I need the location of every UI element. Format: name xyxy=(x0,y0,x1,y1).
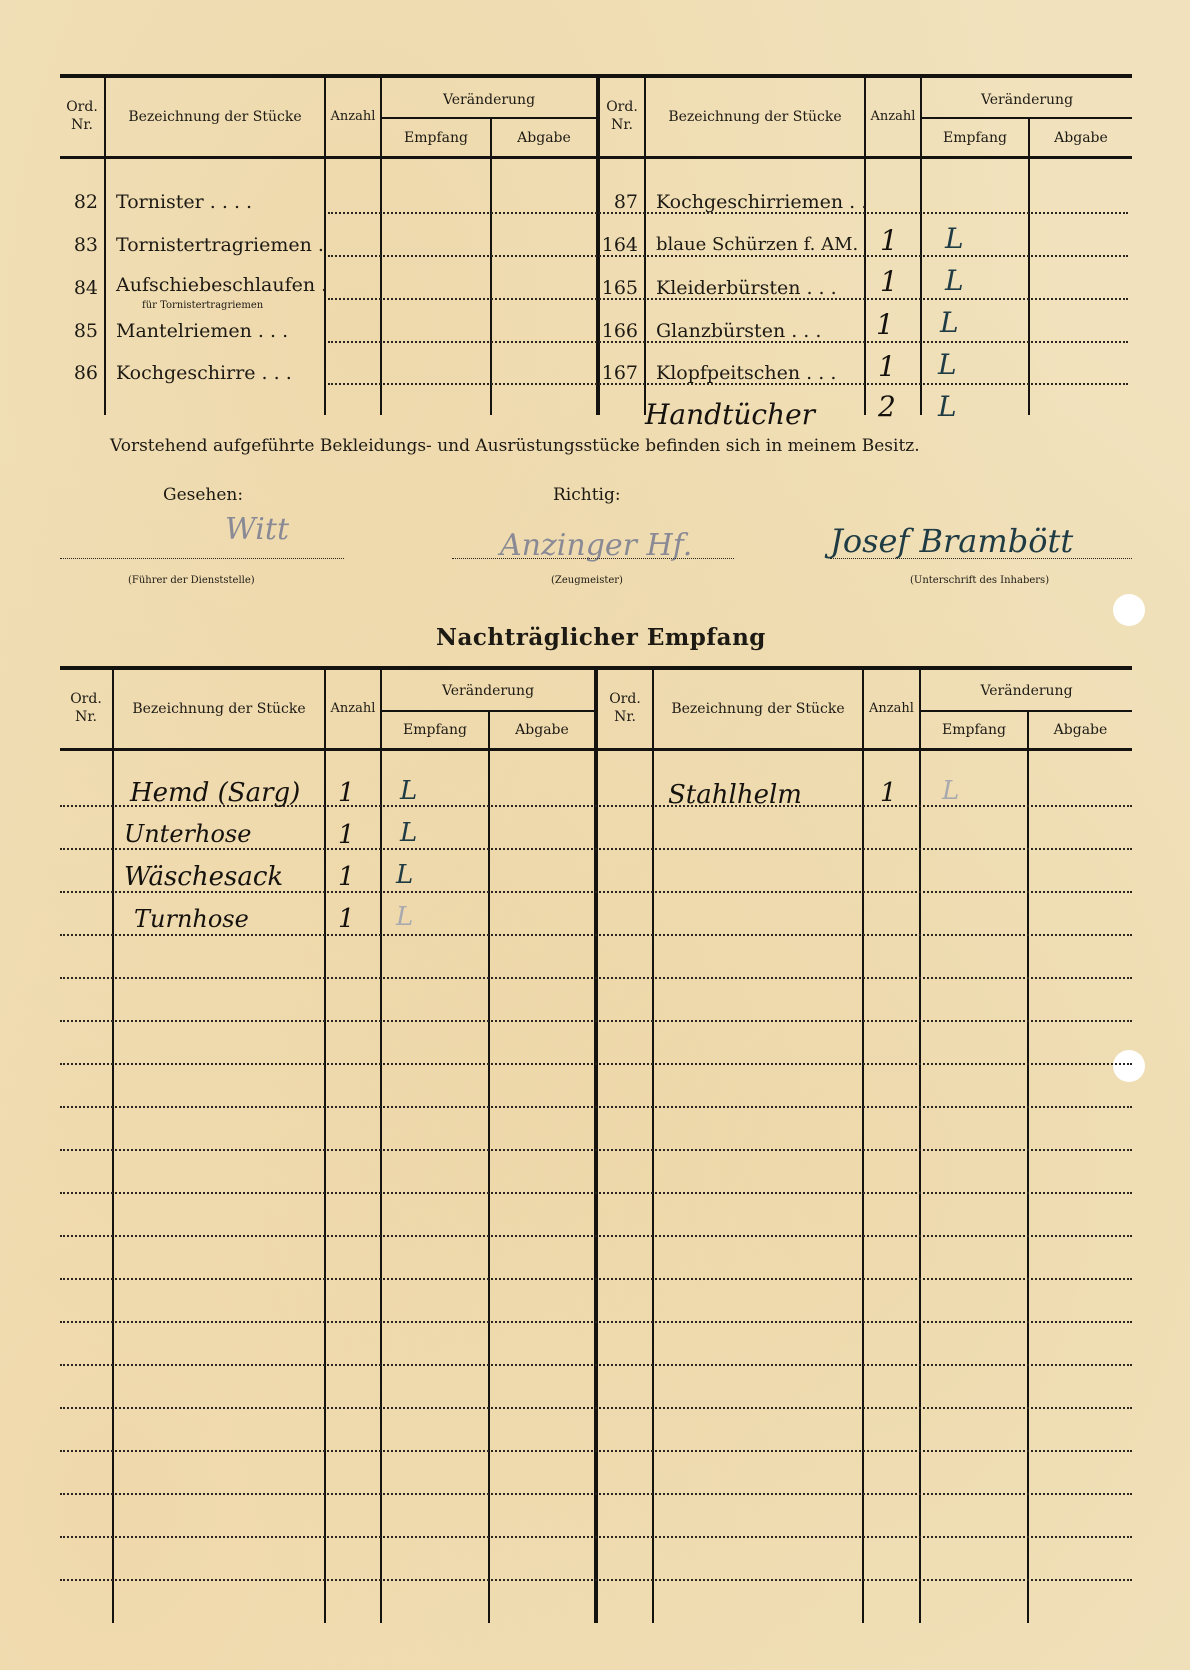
col-divider xyxy=(380,670,382,1623)
row-rule xyxy=(60,1278,1132,1280)
row-rule xyxy=(60,1235,1132,1237)
header-empfang: Empfang xyxy=(382,721,488,739)
anzahl-value: 1 xyxy=(338,862,355,892)
header-bezeichnung: Bezeichnung der Stücke xyxy=(108,108,322,126)
punch-hole xyxy=(1113,594,1145,626)
gesehen-label: Gesehen: xyxy=(163,485,243,505)
empfang-mark: L xyxy=(938,348,957,381)
item-name-handwritten: Wäschesack xyxy=(124,862,283,892)
fuehrer-signature-line xyxy=(60,558,344,559)
row-rule xyxy=(60,1536,1132,1538)
row-rule xyxy=(60,1450,1132,1452)
ord-nr: 165 xyxy=(598,277,638,299)
item-name: Tornistertragriemen . xyxy=(116,234,324,256)
ord-nr: 83 xyxy=(58,234,98,256)
anzahl-value: 1 xyxy=(876,308,894,341)
empfang-mark: L xyxy=(942,776,959,806)
row-rule xyxy=(60,934,1132,936)
col-divider xyxy=(324,78,326,415)
header-ord-nr: Ord. Nr. xyxy=(62,98,102,134)
anzahl-value: 1 xyxy=(880,778,897,808)
item-name-handwritten: Turnhose xyxy=(134,905,249,933)
ord-nr: 82 xyxy=(58,191,98,213)
header-empfang: Empfang xyxy=(922,129,1028,147)
col-divider xyxy=(324,670,326,1623)
ord-nr: 84 xyxy=(58,277,98,299)
row-rule xyxy=(60,1192,1132,1194)
row-rule xyxy=(60,1149,1132,1151)
header-anzahl: Anzahl xyxy=(866,108,920,126)
item-name: Tornister . . . . xyxy=(116,191,252,213)
header-veraenderung: Veränderung xyxy=(922,91,1132,109)
punch-hole xyxy=(1113,1050,1145,1082)
col-divider xyxy=(864,78,866,415)
item-name-handwritten: Handtücher xyxy=(645,398,815,431)
inhaber-signature-line xyxy=(830,558,1132,559)
inhaber-caption: (Unterschrift des Inhabers) xyxy=(910,575,1049,586)
row-rule xyxy=(60,1321,1132,1323)
header-anzahl: Anzahl xyxy=(864,700,919,718)
empfang-mark: L xyxy=(940,306,959,339)
header-bezeichnung: Bezeichnung der Stücke xyxy=(654,700,862,718)
header-bezeichnung: Bezeichnung der Stücke xyxy=(114,700,324,718)
anzahl-value: 1 xyxy=(338,820,355,850)
empfang-mark: L xyxy=(938,390,957,423)
empfang-mark: L xyxy=(945,222,964,255)
fuehrer-signature: Witt xyxy=(225,512,289,547)
anzahl-value: 1 xyxy=(338,778,355,808)
row-rule xyxy=(60,1364,1132,1366)
item-name-handwritten: Stahlhelm xyxy=(668,780,802,810)
item-name-handwritten: Unterhose xyxy=(124,820,251,848)
fuehrer-caption: (Führer der Dienststelle) xyxy=(128,575,255,586)
col-divider xyxy=(919,670,921,1623)
anzahl-value: 1 xyxy=(338,904,355,934)
ord-nr: 87 xyxy=(598,191,638,213)
header-abgabe: Abgabe xyxy=(1029,721,1132,739)
empfang-mark: L xyxy=(396,860,413,890)
row-rule xyxy=(60,1579,1132,1581)
anzahl-value: 1 xyxy=(878,350,896,383)
row-rule xyxy=(60,1106,1132,1108)
ord-nr: 85 xyxy=(58,320,98,342)
header-empfang: Empfang xyxy=(382,129,490,147)
row-rule xyxy=(60,1020,1132,1022)
inhaber-signature: Josef Brambött xyxy=(830,522,1073,560)
empfang-mark: L xyxy=(396,902,413,932)
item-name-handwritten: Hemd (Sarg) xyxy=(130,778,300,808)
header-anzahl: Anzahl xyxy=(326,108,380,126)
row-rule xyxy=(60,1493,1132,1495)
header-ord-nr: Ord. Nr. xyxy=(598,690,652,726)
item-name: Aufschiebeschlaufen . xyxy=(116,274,327,296)
empfang-mark: L xyxy=(945,264,964,297)
header-ord-nr: Ord. Nr. xyxy=(600,98,644,134)
header-anzahl: Anzahl xyxy=(326,700,380,718)
row-rule xyxy=(60,977,1132,979)
item-name: blaue Schürzen f. AM. xyxy=(656,234,858,255)
richtig-label: Richtig: xyxy=(553,485,621,505)
anzahl-value: 1 xyxy=(880,265,898,298)
ord-nr: 167 xyxy=(598,362,638,384)
header-veraenderung: Veränderung xyxy=(921,682,1132,700)
row-rule xyxy=(60,1063,1132,1065)
empfang-mark: L xyxy=(400,776,417,806)
header-veraenderung: Veränderung xyxy=(382,91,596,109)
col-divider xyxy=(112,670,114,1623)
row-rule xyxy=(60,848,1132,850)
anzahl-value: 2 xyxy=(878,390,896,423)
col-divider xyxy=(1028,118,1030,415)
item-name: Kleiderbürsten . . . xyxy=(656,277,837,299)
header-empfang: Empfang xyxy=(921,721,1027,739)
header-abgabe: Abgabe xyxy=(490,721,594,739)
row-rule xyxy=(328,255,1128,257)
zeugmeister-caption: (Zeugmeister) xyxy=(551,575,623,586)
item-name: Glanzbürsten . . . xyxy=(656,320,821,342)
col-divider xyxy=(644,78,646,415)
col-divider xyxy=(862,670,864,1623)
possession-statement: Vorstehend aufgeführte Bekleidungs- und … xyxy=(110,436,920,456)
row-rule xyxy=(60,1407,1132,1409)
header-abgabe: Abgabe xyxy=(492,129,596,147)
col-divider xyxy=(652,670,654,1623)
section-title: Nachträglicher Empfang xyxy=(436,624,766,651)
header-abgabe: Abgabe xyxy=(1030,129,1132,147)
item-name: Kochgeschirriemen . . xyxy=(656,191,867,213)
item-name: Kochgeschirre . . . xyxy=(116,362,292,384)
header-veraenderung: Veränderung xyxy=(382,682,594,700)
col-divider xyxy=(490,118,492,415)
table1-veraenderung-rule-right xyxy=(921,117,1132,119)
item-name: Mantelriemen . . . xyxy=(116,320,288,342)
header-ord-nr: Ord. Nr. xyxy=(62,690,110,726)
ord-nr: 164 xyxy=(598,234,638,256)
zeugmeister-signature-line xyxy=(452,558,734,559)
empfang-mark: L xyxy=(400,818,417,848)
ord-nr: 166 xyxy=(598,320,638,342)
col-divider xyxy=(104,78,106,415)
anzahl-value: 1 xyxy=(880,224,898,257)
col-divider-center xyxy=(594,670,598,1623)
header-bezeichnung: Bezeichnung der Stücke xyxy=(646,108,864,126)
item-name: Klopfpeitschen . . . xyxy=(656,362,836,384)
item-subtitle: für Tornistertragriemen xyxy=(142,300,263,311)
ord-nr: 86 xyxy=(58,362,98,384)
